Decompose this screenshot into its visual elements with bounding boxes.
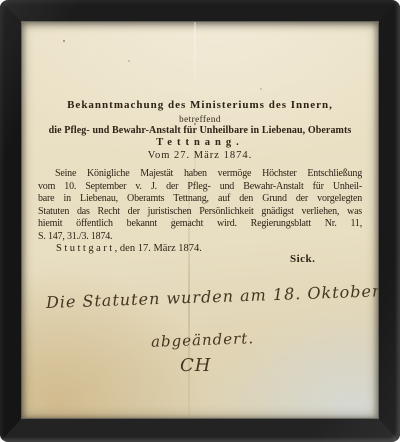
handwritten-initials: CH xyxy=(180,355,211,376)
place-city: Stuttgart xyxy=(56,243,115,254)
body-line: bare in Liebenau, Oberamts Tettnang, auf… xyxy=(38,193,362,206)
body-line: Seine Königliche Majestät haben vermöge … xyxy=(38,168,362,181)
subject-line: die Pfleg- und Bewahr-Anstalt für Unheil… xyxy=(22,125,378,136)
age-spot xyxy=(260,88,262,90)
body-paragraph: Seine Königliche Majestät haben vermöge … xyxy=(38,168,362,243)
body-line: Statuten das Recht der juristischen Pers… xyxy=(38,206,362,219)
subject-place: Tettnang. xyxy=(22,137,378,148)
body-line: hiemit öffentlich bekannt gemacht wird. … xyxy=(38,218,362,231)
handwritten-note-line1: Die Statuten wurden am 18. Oktober 97 xyxy=(46,281,378,312)
document-subtitle: betreffend xyxy=(22,114,378,124)
age-spot xyxy=(128,60,130,62)
document-title: Bekanntmachung des Ministeriums des Inne… xyxy=(22,99,378,111)
age-spot xyxy=(63,40,65,42)
signature-name: Sick. xyxy=(290,253,315,265)
framed-document-photo: Bekanntmachung des Ministeriums des Inne… xyxy=(0,0,400,442)
picture-frame: Bekanntmachung des Ministeriums des Inne… xyxy=(0,0,400,442)
decree-date-line: Vom 27. März 1874. xyxy=(22,150,378,161)
document-paper: Bekanntmachung des Ministeriums des Inne… xyxy=(22,22,378,418)
place-date-rest: , den 17. März 1874. xyxy=(115,243,202,254)
handwritten-note-line2: abgeändert. xyxy=(151,329,255,351)
body-line: vom 10. September v. J. der Pfleg- und B… xyxy=(38,181,362,194)
body-line: S. 147, 31./3. 1874. xyxy=(38,231,362,244)
